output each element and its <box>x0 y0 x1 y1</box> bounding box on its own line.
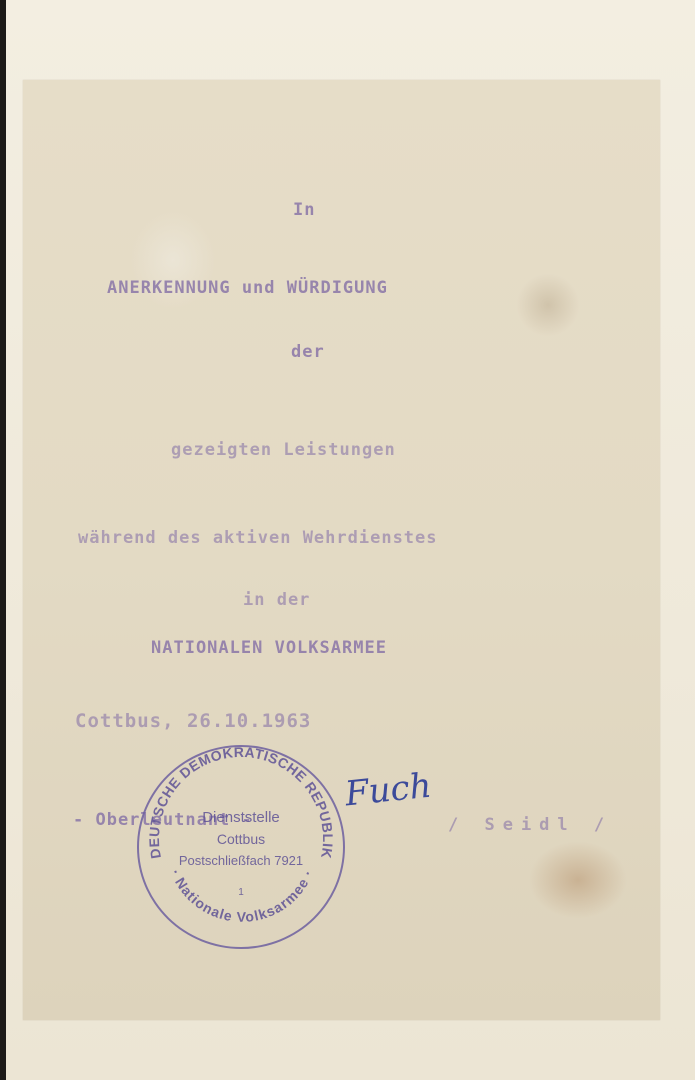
stamp-city: Cottbus <box>139 831 343 847</box>
stamp-number: 1 <box>139 887 343 898</box>
line-der: der <box>291 342 325 362</box>
line-in-der: in der <box>243 590 310 610</box>
line-leistungen: gezeigten Leistungen <box>171 440 396 460</box>
line-nva: NATIONALEN VOLKSARMEE <box>151 638 387 658</box>
stamp-postbox: Postschließfach 7921 <box>139 853 343 868</box>
signer-name: / Seidl / <box>448 815 612 835</box>
line-wehrdienst: während des aktiven Wehrdienstes <box>78 528 438 548</box>
line-anerkennung: ANERKENNUNG und WÜRDIGUNG <box>107 278 388 298</box>
stamp-dienststelle: Dienststelle <box>139 809 343 826</box>
stamp-ring-text: DEUTSCHE DEMOKRATISCHE REPUBLIK · Nation… <box>139 747 343 947</box>
place-date: Cottbus, 26.10.1963 <box>75 710 311 732</box>
official-stamp: DEUTSCHE DEMOKRATISCHE REPUBLIK · Nation… <box>137 745 345 949</box>
line-in: In <box>293 200 315 220</box>
